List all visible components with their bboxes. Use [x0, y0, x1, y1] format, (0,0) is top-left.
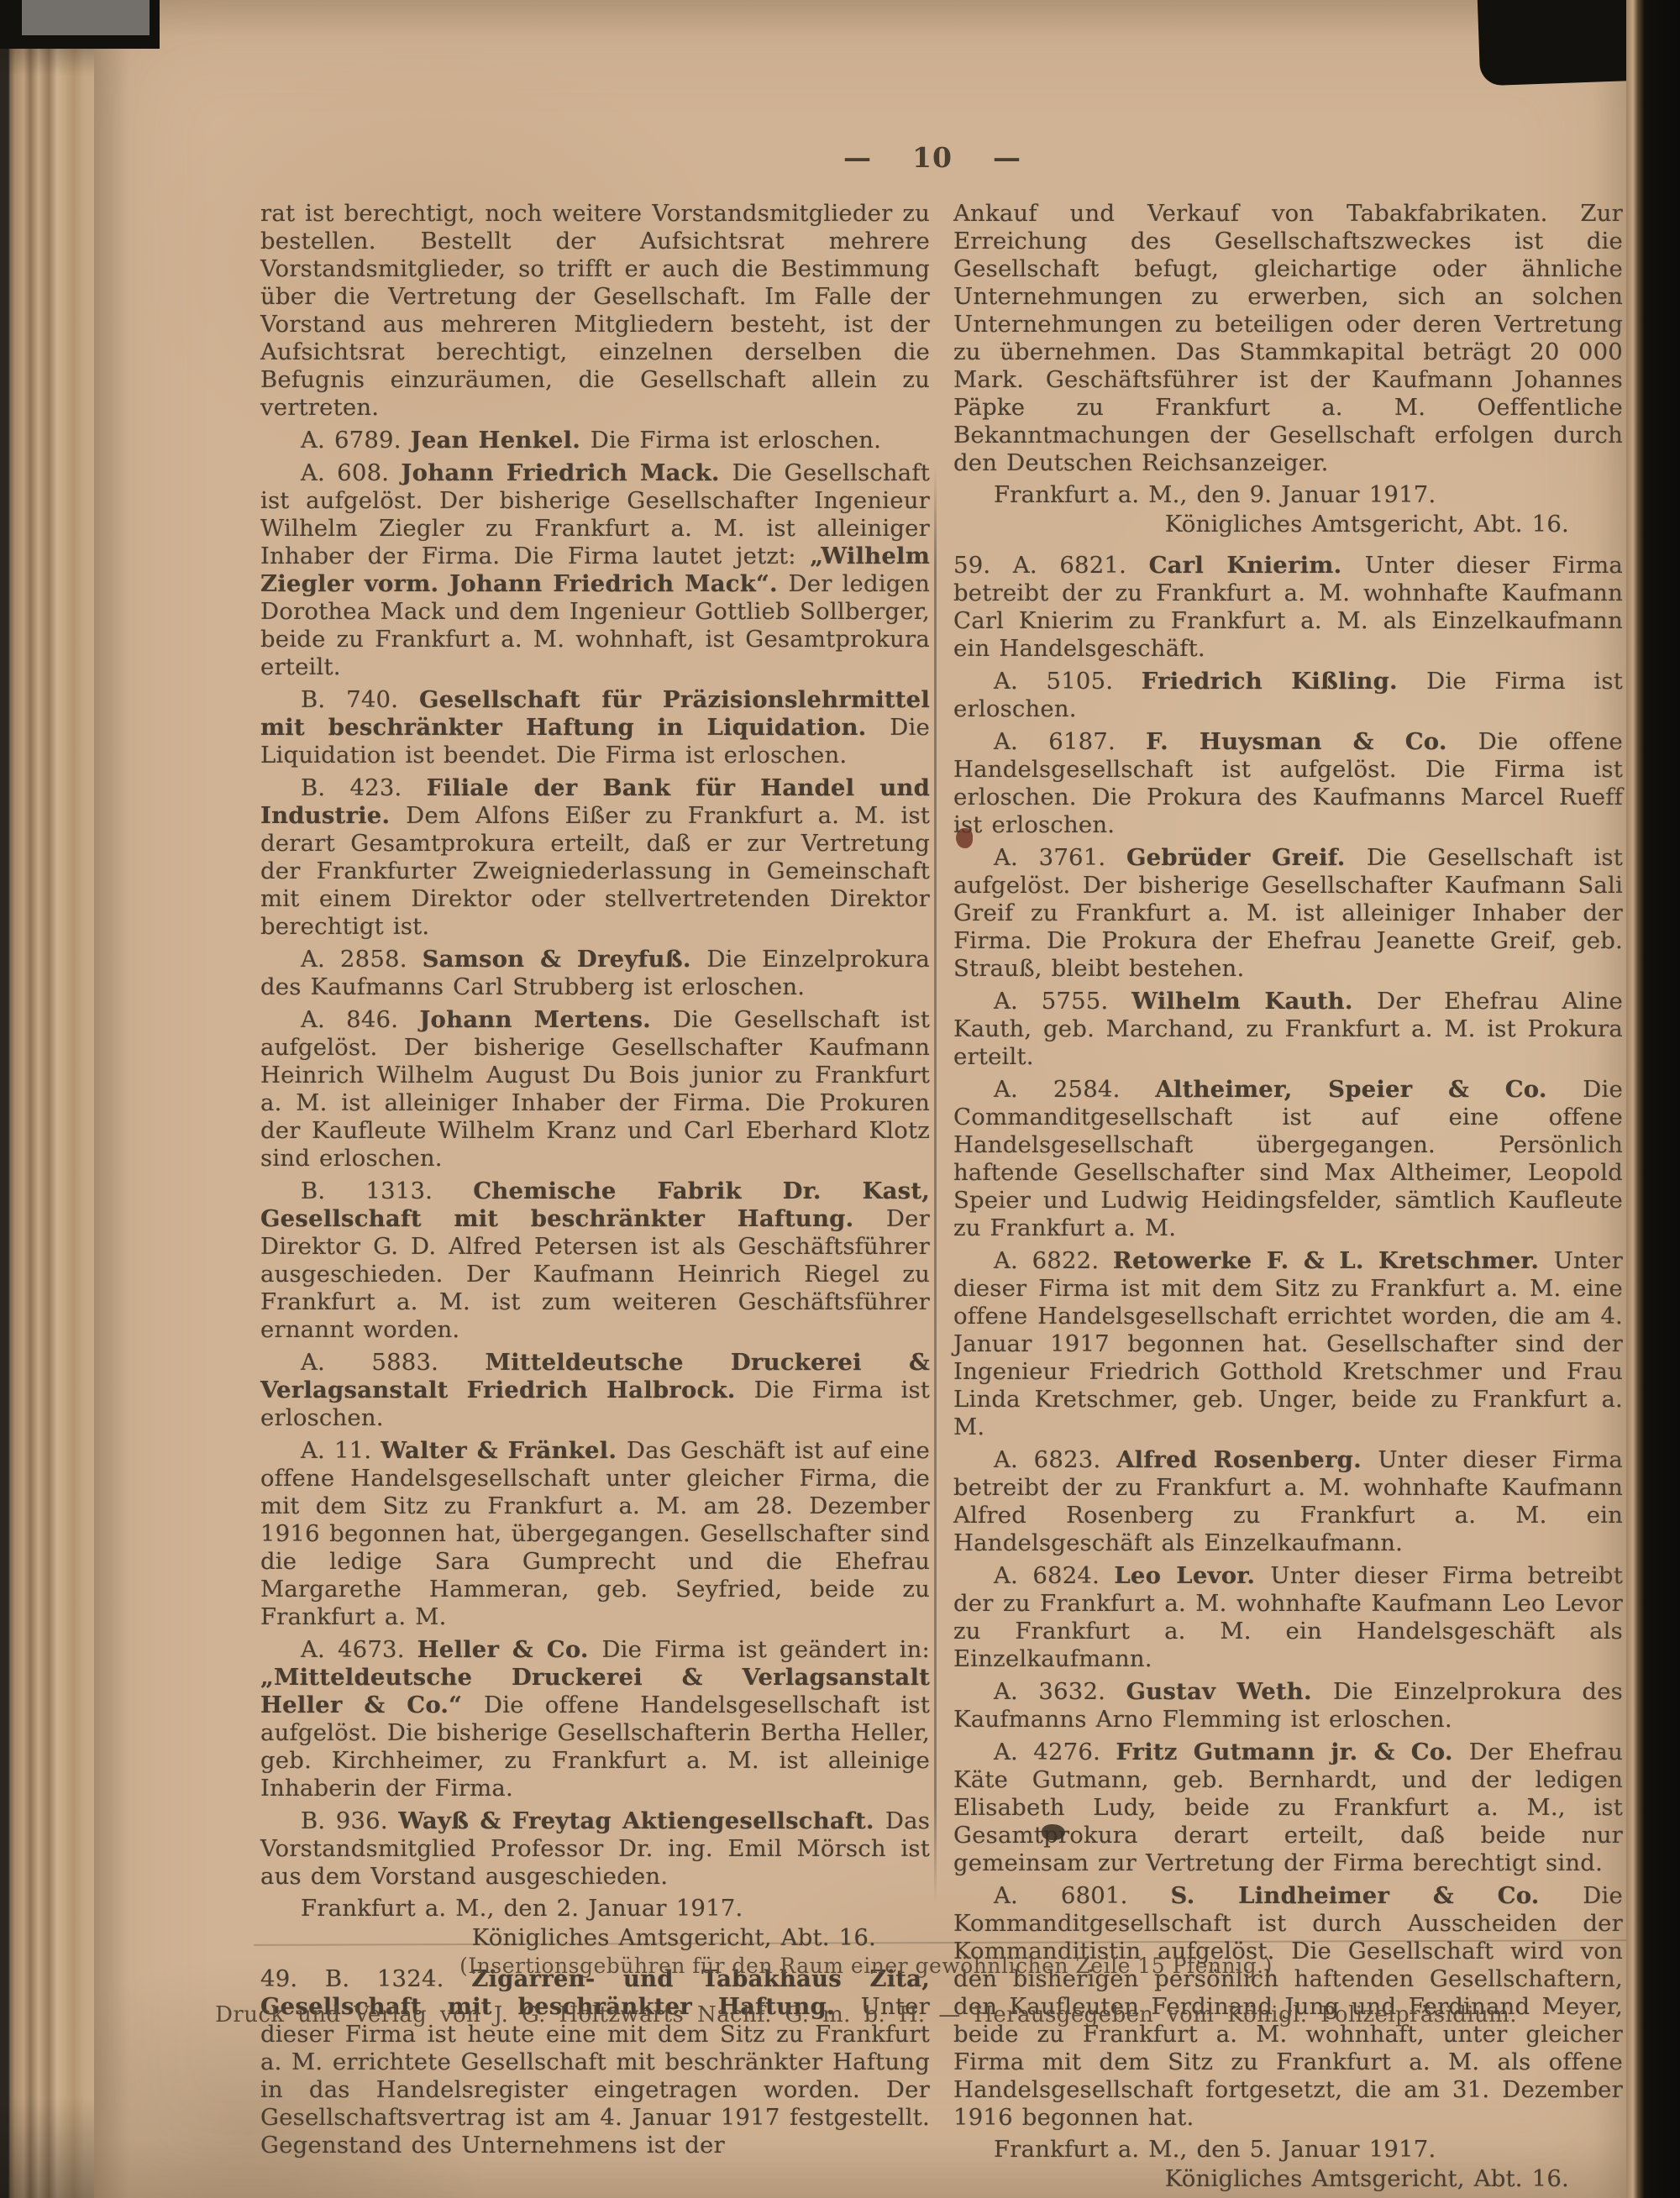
entry-text: A. 2584.	[994, 1076, 1155, 1103]
register-entry: B. 423. Filiale der Bank für Handel und …	[260, 774, 930, 941]
entry-text: Unter dieser Firma ist mit dem Sitz zu F…	[953, 1247, 1623, 1440]
entry-text: Frankfurt a. M., den 9. Januar 1917.	[994, 481, 1436, 508]
entry-text: A. 846.	[301, 1006, 419, 1033]
entry-text: Die Firma ist erloschen.	[591, 427, 881, 454]
entry-text: Ankauf und Verkauf von Tabakfabrikaten. …	[953, 200, 1623, 476]
ink-blot	[1042, 1824, 1065, 1840]
ink-blot	[956, 828, 973, 848]
firm-name: Samson & Dreyfuß.	[423, 946, 707, 973]
entry-text: B. 740.	[301, 686, 419, 713]
register-entry: A. 11. Walter & Fränkel. Das Geschäft is…	[260, 1437, 930, 1631]
firm-name: Friedrich Kißling.	[1142, 668, 1426, 695]
entry-text: Königliches Amtsgericht, Abt. 16.	[1165, 511, 1569, 538]
firm-name: Leo Levor.	[1114, 1562, 1270, 1589]
imprint-line: Druck und Verlag von J. G. Holtzwarts Na…	[94, 2002, 1638, 2028]
register-entry: 59. A. 6821. Carl Knierim. Unter dieser …	[953, 552, 1623, 663]
register-entry: A. 6823. Alfred Rosenberg. Unter dieser …	[953, 1446, 1623, 1557]
court-signature: Königliches Amtsgericht, Abt. 16.	[953, 511, 1623, 538]
entry-text: A. 5105.	[994, 668, 1142, 695]
register-entry: A. 3632. Gustav Weth. Die Einzelprokura …	[953, 1678, 1623, 1734]
scanner-corner-gray-patch	[22, 0, 150, 35]
dateline: Frankfurt a. M., den 5. Januar 1917.	[953, 2136, 1623, 2164]
firm-name: Gustav Weth.	[1126, 1678, 1332, 1705]
firm-name: F. Huysman & Co.	[1146, 728, 1478, 755]
entry-text: A. 4673.	[301, 1636, 417, 1663]
gazette-page: — 10 — rat ist berechtigt, noch weitere …	[94, 0, 1638, 2198]
entry-text: Das Geschäft ist auf eine offene Handels…	[260, 1437, 930, 1630]
register-entry: A. 6187. F. Huysman & Co. Die offene Han…	[953, 728, 1623, 839]
entry-text: B. 423.	[301, 774, 427, 801]
firm-name: Wayß & Freytag Aktiengesellschaft.	[398, 1807, 885, 1834]
firm-name: Johann Friedrich Mack.	[401, 459, 732, 486]
right-column: Ankauf und Verkauf von Tabakfabrikaten. …	[953, 200, 1623, 2193]
firm-name: Gebrüder Greif.	[1126, 844, 1367, 871]
scan-background: — 10 — rat ist berechtigt, noch weitere …	[0, 0, 1680, 2198]
register-entry: A. 4276. Fritz Gutmann jr. & Co. Der Ehe…	[953, 1739, 1623, 1877]
register-entry: rat ist berechtigt, noch weitere Vorstan…	[260, 200, 930, 422]
header-dash-left: —	[843, 141, 872, 174]
entry-text: A. 5883.	[301, 1349, 486, 1376]
header-dash-right: —	[993, 141, 1021, 174]
entry-text: A. 3761.	[994, 844, 1126, 871]
register-entry: A. 5883. Mitteldeutsche Druckerei & Verl…	[260, 1349, 930, 1432]
entry-text: Frankfurt a. M., den 2. Januar 1917.	[301, 1895, 743, 1922]
register-entry: A. 2584. Altheimer, Speier & Co. Die Com…	[953, 1076, 1623, 1242]
dateline: Frankfurt a. M., den 9. Januar 1917.	[953, 481, 1623, 509]
register-entry: B. 936. Wayß & Freytag Aktiengesellschaf…	[260, 1807, 930, 1891]
firm-name: Carl Knierim.	[1149, 552, 1365, 579]
firm-name: Altheimer, Speier & Co.	[1155, 1076, 1583, 1103]
register-entry: 49. B. 1324. Zigarren- und Tabakhaus Zit…	[260, 1965, 930, 2159]
column-divider	[934, 467, 937, 1905]
page-number: 10	[912, 141, 953, 174]
entry-text: 59. A. 6821.	[953, 552, 1149, 579]
entry-text: A. 608.	[301, 459, 401, 486]
register-entry: A. 6822. Retowerke F. & L. Kretschmer. U…	[953, 1247, 1623, 1441]
firm-name: S. Lindheimer & Co.	[1171, 1882, 1583, 1909]
entry-text: A. 2858.	[301, 946, 423, 973]
entry-text: Königliches Amtsgericht, Abt. 16.	[472, 1924, 876, 1951]
firm-name: Jean Henkel.	[411, 427, 591, 454]
entry-text: A. 6823.	[994, 1446, 1116, 1473]
left-column: rat ist berechtigt, noch weitere Vorstan…	[260, 200, 930, 2159]
register-entry: A. 4673. Heller & Co. Die Firma ist geän…	[260, 1636, 930, 1802]
entry-text: B. 1313.	[301, 1178, 473, 1204]
firm-name: Johann Mertens.	[419, 1006, 673, 1033]
entry-text: B. 936.	[301, 1807, 398, 1834]
entry-text: A. 6187.	[994, 728, 1146, 755]
entry-text: A. 4276.	[994, 1739, 1116, 1765]
firm-name: Alfred Rosenberg.	[1116, 1446, 1378, 1473]
entry-text: rat ist berechtigt, noch weitere Vorstan…	[260, 200, 930, 421]
dateline: Frankfurt a. M., den 2. Januar 1917.	[260, 1895, 930, 1923]
register-entry: A. 6789. Jean Henkel. Die Firma ist erlo…	[260, 427, 930, 454]
court-signature: Königliches Amtsgericht, Abt. 16.	[953, 2165, 1623, 2193]
register-entry: A. 5755. Wilhelm Kauth. Der Ehefrau Alin…	[953, 988, 1623, 1071]
register-entry: A. 608. Johann Friedrich Mack. Die Gesel…	[260, 459, 930, 681]
entry-text: A. 6801.	[994, 1882, 1171, 1909]
firm-name: Fritz Gutmann jr. & Co.	[1116, 1739, 1468, 1765]
entry-text: A. 6822.	[994, 1247, 1113, 1274]
book-page-edges	[0, 0, 97, 2198]
register-entry: A. 3761. Gebrüder Greif. Die Gesellschaf…	[953, 844, 1623, 983]
firm-name: Heller & Co.	[417, 1636, 602, 1663]
register-entry: A. 5105. Friedrich Kißling. Die Firma is…	[953, 668, 1623, 723]
insertion-fee-note: (Insertionsgebühren für den Raum einer g…	[94, 1954, 1638, 1978]
entry-text: Frankfurt a. M., den 5. Januar 1917.	[994, 2136, 1436, 2163]
firm-name: Wilhelm Kauth.	[1131, 988, 1377, 1015]
register-entry: A. 846. Johann Mertens. Die Gesellschaft…	[260, 1006, 930, 1172]
firm-name: Retowerke F. & L. Kretschmer.	[1113, 1247, 1554, 1274]
entry-text: A. 11.	[301, 1437, 381, 1464]
court-signature: Königliches Amtsgericht, Abt. 16.	[260, 1924, 930, 1952]
entry-text: Königliches Amtsgericht, Abt. 16.	[1165, 2165, 1569, 2192]
firm-name: Walter & Fränkel.	[381, 1437, 627, 1464]
register-entry: B. 740. Gesellschaft für Präzisionslehrm…	[260, 686, 930, 769]
register-entry: Ankauf und Verkauf von Tabakfabrikaten. …	[953, 200, 1623, 477]
register-entry: A. 2858. Samson & Dreyfuß. Die Einzelpro…	[260, 946, 930, 1001]
entry-text: A. 6824.	[994, 1562, 1114, 1589]
entry-text: A. 5755.	[994, 988, 1131, 1015]
entry-text: Die Firma ist geändert in:	[601, 1636, 930, 1663]
scan-right-edge	[1626, 0, 1680, 2198]
page-header: — 10 —	[764, 141, 1100, 174]
register-entry: A. 6824. Leo Levor. Unter dieser Firma b…	[953, 1562, 1623, 1673]
entry-text: A. 6789.	[301, 427, 411, 454]
register-entry: B. 1313. Chemische Fabrik Dr. Kast, Gese…	[260, 1178, 930, 1344]
entry-text: A. 3632.	[994, 1678, 1126, 1705]
